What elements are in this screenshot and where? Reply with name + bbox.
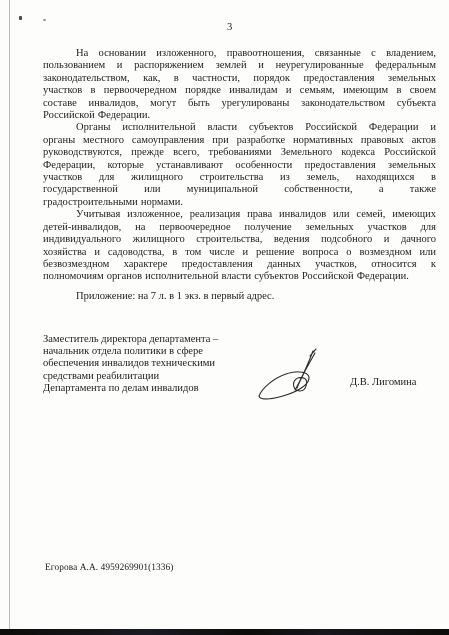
body-line: Федерации, которые устанавливают особенн… xyxy=(43,160,436,172)
attachment-line: Приложение: на 7 л. в 1 экз. в первый ад… xyxy=(76,291,274,303)
body-line: законодательством, как, в частности, пор… xyxy=(43,73,436,85)
scan-artifact xyxy=(43,19,46,21)
body-line: полномочиям органов исполнительной власт… xyxy=(43,271,436,283)
scan-edge-line xyxy=(9,0,10,635)
page-number: 3 xyxy=(227,22,232,33)
document-page: 3 На основании изложенного, правоотношен… xyxy=(0,0,449,635)
body-line: детей-инвалидов, на первоочередное получ… xyxy=(43,222,436,234)
signature-title-line: Департамента по делам инвалидов xyxy=(43,383,273,395)
signature-title-line: Заместитель директора департамента – xyxy=(43,334,273,346)
body-line: Органы исполнительной власти субъектов Р… xyxy=(43,122,436,134)
body-line: руководствуются, прежде всего, требовани… xyxy=(43,147,436,159)
body-line: государственной или муниципальной собств… xyxy=(43,184,436,196)
executor-line: Егорова А.А. 4959269901(1336) xyxy=(45,563,174,574)
body-line: составе инвалидов, могут быть урегулиров… xyxy=(43,98,436,110)
body-line: участков в первоочередном порядке инвали… xyxy=(43,85,436,97)
scan-bottom-bar xyxy=(0,629,449,635)
signature-title-line: средствами реабилитации xyxy=(43,371,273,383)
signature-title-line: начальник отдела политики в сфере xyxy=(43,346,273,358)
handwritten-signature-image xyxy=(252,347,322,405)
body-line: На основании изложенного, правоотношения… xyxy=(43,48,436,60)
signature-title-line: обеспечения инвалидов техническими xyxy=(43,358,273,370)
body-line: градостроительными нормами. xyxy=(43,197,436,209)
signer-name: Д.В. Лигомина xyxy=(350,377,416,389)
document-body: На основании изложенного, правоотношения… xyxy=(43,48,436,284)
body-line: безвозмездном характере предоставления д… xyxy=(43,259,436,271)
body-line: Учитывая изложенное, реализация права ин… xyxy=(43,209,436,221)
body-line: хозяйства и садоводства, в том числе и р… xyxy=(43,247,436,259)
signature-title-block: Заместитель директора департамента – нач… xyxy=(43,334,273,395)
body-line: участков для жилищного строительства из … xyxy=(43,172,436,184)
body-line: Российской Федерации. xyxy=(43,110,436,122)
body-line: органы местного самоуправления при разра… xyxy=(43,135,436,147)
scan-artifact xyxy=(19,16,22,20)
body-line: пользованием и распоряжением землей и не… xyxy=(43,60,436,72)
body-line: индивидуального жилищного строительства,… xyxy=(43,234,436,246)
